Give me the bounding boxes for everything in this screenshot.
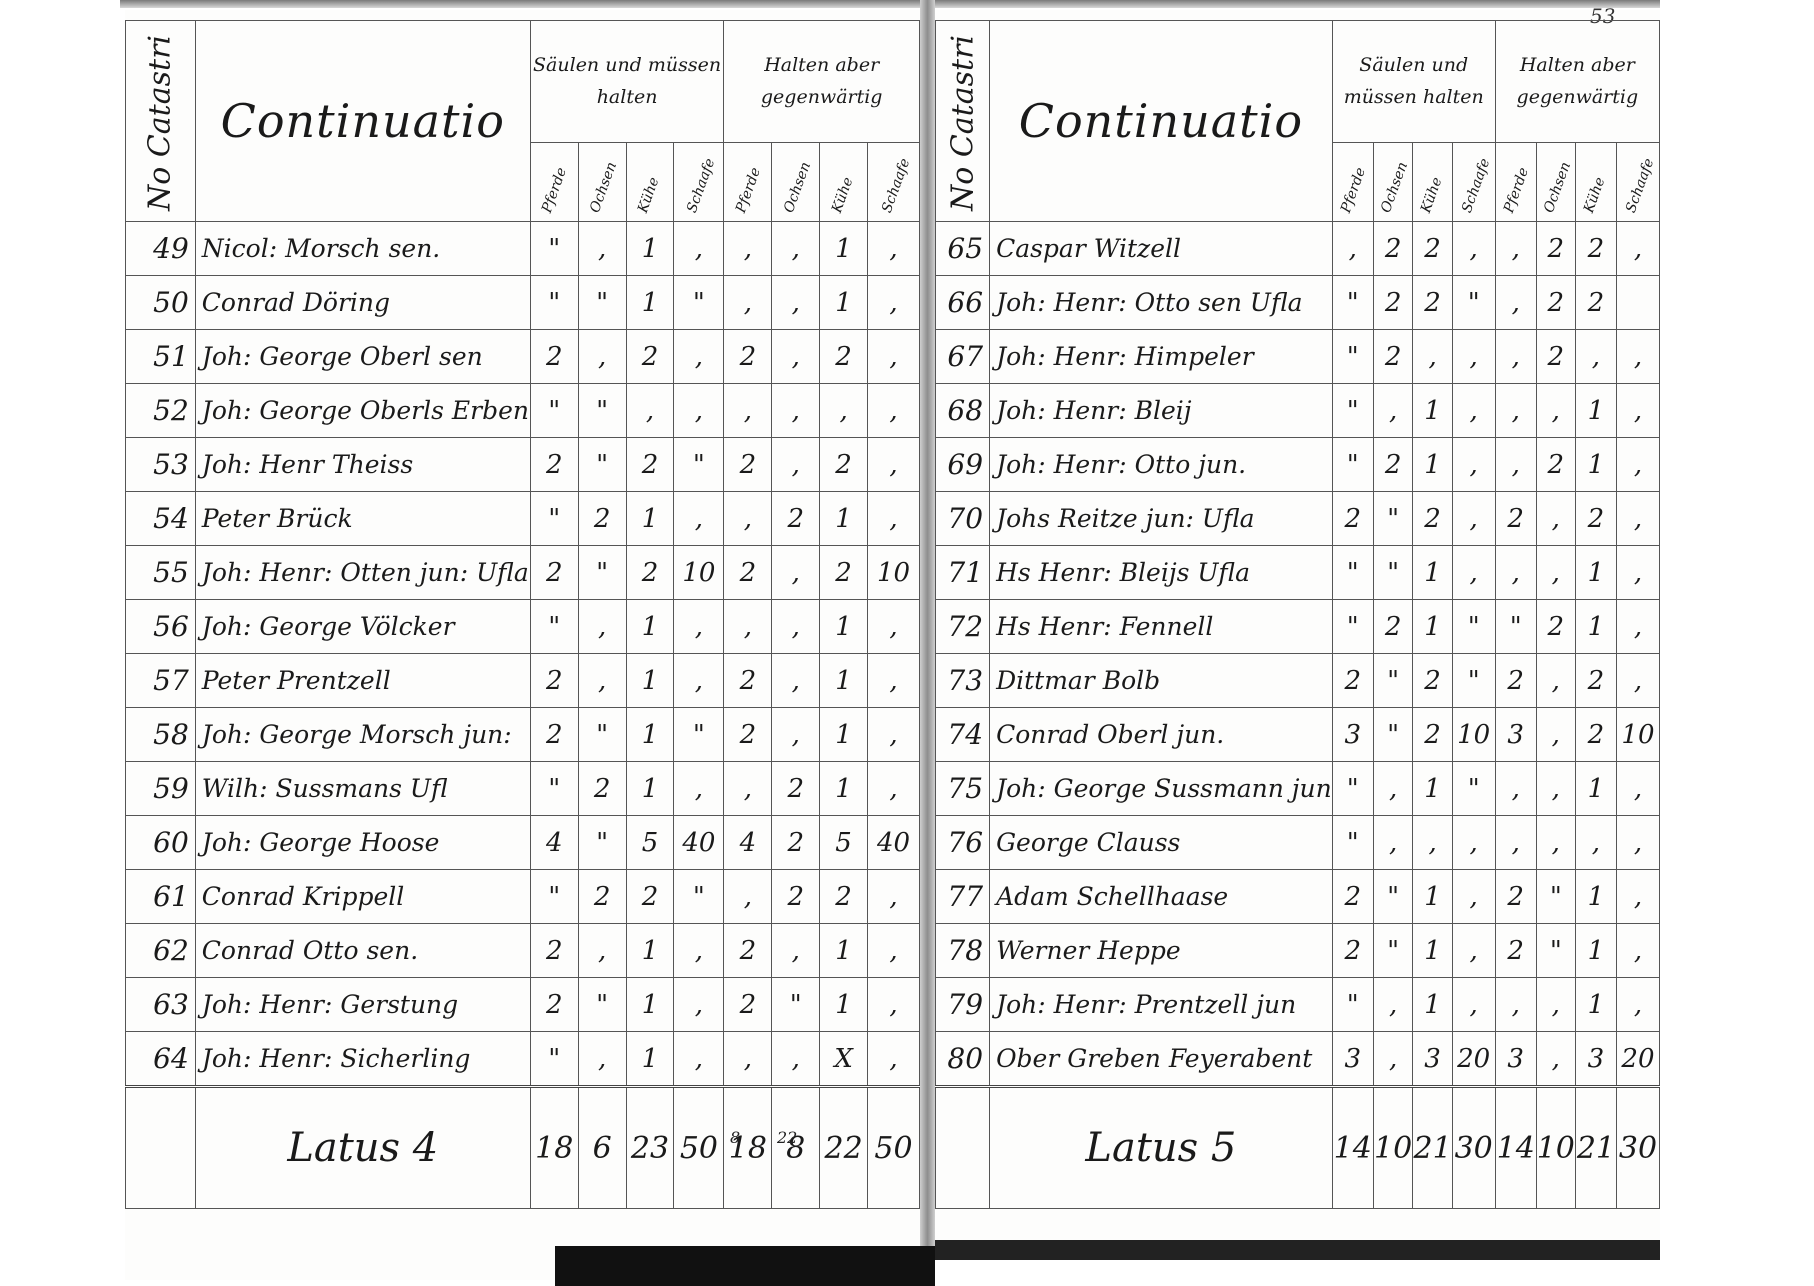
- page-shadow: [555, 1246, 935, 1286]
- livestock-count: ,: [1616, 222, 1659, 276]
- livestock-count: ": [1452, 762, 1495, 816]
- owner-name: Joh: Henr: Gerstung: [195, 978, 530, 1032]
- livestock-count: ,: [578, 330, 626, 384]
- livestock-count: 2: [626, 870, 674, 924]
- catastri-number: 78: [936, 924, 990, 978]
- livestock-count: ,: [1373, 1032, 1413, 1087]
- livestock-count: ,: [674, 330, 724, 384]
- sub-header-cell: Ochsen: [772, 142, 820, 221]
- livestock-count: 1: [820, 222, 868, 276]
- livestock-count: 2: [1575, 492, 1616, 546]
- ledger-row: 70Johs Reitze jun: Ufla2"2,2,2,: [936, 492, 1660, 546]
- continuatio-title: Continuatio: [195, 21, 530, 222]
- sub-header-label: Pferde: [1501, 166, 1532, 215]
- livestock-count: 1: [820, 276, 868, 330]
- owner-name: Ober Greben Feyerabent: [990, 1032, 1333, 1087]
- livestock-count: ,: [578, 924, 626, 978]
- sub-header-cell: Ochsen: [578, 142, 626, 221]
- livestock-count: 1: [1575, 978, 1616, 1032]
- ledger-row: 69Joh: Henr: Otto jun."21,,21,: [936, 438, 1660, 492]
- ledger-row: 78Werner Heppe2"1,2"1,: [936, 924, 1660, 978]
- catastri-number: 54: [126, 492, 196, 546]
- livestock-count: ,: [1373, 978, 1413, 1032]
- livestock-count: ,: [868, 924, 920, 978]
- livestock-count: 2: [1332, 654, 1373, 708]
- livestock-count: 2: [530, 438, 578, 492]
- livestock-count: ,: [868, 1032, 920, 1087]
- livestock-count: ,: [1616, 924, 1659, 978]
- catastri-number: 65: [936, 222, 990, 276]
- total-correction-8: 8: [730, 1128, 740, 1147]
- livestock-count: ,: [1332, 222, 1373, 276]
- livestock-count: ,: [1413, 330, 1452, 384]
- livestock-count: ": [1332, 762, 1373, 816]
- sub-header-cell: Ochsen: [1536, 142, 1575, 221]
- livestock-count: ,: [868, 978, 920, 1032]
- sub-header-label: Pferde: [733, 166, 764, 215]
- sub-header-label: Pferde: [1338, 166, 1369, 215]
- catastri-number-header: No Catastri: [126, 21, 196, 222]
- livestock-count: ": [1332, 438, 1373, 492]
- left-ledger-table: No Catastri Continuatio Säulen und müsse…: [125, 20, 920, 1209]
- owner-name: Conrad Döring: [195, 276, 530, 330]
- livestock-count: 2: [1332, 870, 1373, 924]
- livestock-count: 2: [1332, 492, 1373, 546]
- livestock-count: ,: [674, 1032, 724, 1087]
- owner-name: Peter Brück: [195, 492, 530, 546]
- livestock-count: 2: [724, 708, 772, 762]
- livestock-count: 2: [820, 870, 868, 924]
- livestock-count: 4: [530, 816, 578, 870]
- livestock-count: ,: [674, 492, 724, 546]
- owner-name: Joh: Henr: Otto sen Ufla: [990, 276, 1333, 330]
- livestock-count: ,: [868, 600, 920, 654]
- catastri-number: 66: [936, 276, 990, 330]
- owner-name: Joh: George Hoose: [195, 816, 530, 870]
- livestock-count: ,: [578, 600, 626, 654]
- livestock-count: 1: [820, 762, 868, 816]
- livestock-count: ": [530, 384, 578, 438]
- catastri-number: 80: [936, 1032, 990, 1087]
- livestock-count: 1: [626, 762, 674, 816]
- livestock-count: ,: [1616, 384, 1659, 438]
- livestock-count: 3: [1495, 708, 1536, 762]
- livestock-count: ,: [772, 708, 820, 762]
- sub-header-cell: Kühe: [1575, 142, 1616, 221]
- livestock-count: ,: [1495, 384, 1536, 438]
- ledger-row: 71Hs Henr: Bleijs Ufla""1,,,1,: [936, 546, 1660, 600]
- sub-header-label: Schaafe: [878, 156, 912, 215]
- latus-total-value: 23: [626, 1087, 674, 1209]
- livestock-count: 1: [820, 978, 868, 1032]
- livestock-count: ,: [868, 762, 920, 816]
- ledger-row: 61Conrad Krippell"22",22,: [126, 870, 920, 924]
- livestock-count: 2: [772, 870, 820, 924]
- livestock-count: 2: [1495, 492, 1536, 546]
- catastri-number: 49: [126, 222, 196, 276]
- owner-name: Dittmar Bolb: [990, 654, 1333, 708]
- livestock-count: ,: [868, 222, 920, 276]
- catastri-number: 52: [126, 384, 196, 438]
- ledger-row: 65Caspar Witzell,22,,22,: [936, 222, 1660, 276]
- livestock-count: ,: [626, 384, 674, 438]
- livestock-count: ,: [868, 708, 920, 762]
- livestock-count: 2: [724, 438, 772, 492]
- livestock-count: 2: [578, 492, 626, 546]
- livestock-count: ,: [772, 384, 820, 438]
- livestock-count: ,: [772, 546, 820, 600]
- livestock-count: ": [1373, 546, 1413, 600]
- livestock-count: ,: [772, 1032, 820, 1087]
- livestock-count: 2: [1536, 222, 1575, 276]
- catastri-number: 56: [126, 600, 196, 654]
- livestock-count: 1: [1413, 546, 1452, 600]
- latus-total-value: 10: [1373, 1087, 1413, 1209]
- livestock-count: ,: [1536, 708, 1575, 762]
- livestock-count: ,: [868, 492, 920, 546]
- sub-header-cell: Pferde: [1495, 142, 1536, 221]
- owner-name: Joh: Henr: Otten jun: Ufla: [195, 546, 530, 600]
- owner-name: George Clauss: [990, 816, 1333, 870]
- livestock-count: [1616, 276, 1659, 330]
- livestock-count: ,: [868, 384, 920, 438]
- livestock-count: 2: [1536, 276, 1575, 330]
- ledger-row: 74Conrad Oberl jun.3"2103,210: [936, 708, 1660, 762]
- livestock-count: ,: [772, 924, 820, 978]
- catastri-number: 62: [126, 924, 196, 978]
- owner-name: Joh: George Oberls Erben: [195, 384, 530, 438]
- livestock-count: 1: [1413, 438, 1452, 492]
- livestock-count: 2: [1495, 654, 1536, 708]
- ledger-row: 55Joh: Henr: Otten jun: Ufla2"2102,210: [126, 546, 920, 600]
- catastri-number: 79: [936, 978, 990, 1032]
- livestock-count: ,: [578, 1032, 626, 1087]
- livestock-count: 10: [674, 546, 724, 600]
- livestock-count: 2: [530, 924, 578, 978]
- livestock-count: ,: [772, 276, 820, 330]
- owner-name: Peter Prentzell: [195, 654, 530, 708]
- livestock-count: 2: [1536, 438, 1575, 492]
- livestock-count: ,: [1452, 978, 1495, 1032]
- ledger-row: 54Peter Brück"21,,21,: [126, 492, 920, 546]
- livestock-count: ,: [1536, 978, 1575, 1032]
- catastri-number: 50: [126, 276, 196, 330]
- livestock-count: ,: [1495, 816, 1536, 870]
- livestock-count: ,: [1452, 330, 1495, 384]
- livestock-count: ,: [1452, 870, 1495, 924]
- catastri-number: 68: [936, 384, 990, 438]
- livestock-count: ,: [1616, 816, 1659, 870]
- ledger-row: 63Joh: Henr: Gerstung2"1,2"1,: [126, 978, 920, 1032]
- catastri-number: 53: [126, 438, 196, 492]
- sub-header-cell: Kühe: [820, 142, 868, 221]
- sub-header-label: Ochsen: [587, 160, 620, 215]
- livestock-count: ,: [578, 654, 626, 708]
- livestock-count: ": [578, 438, 626, 492]
- livestock-count: ": [772, 978, 820, 1032]
- livestock-count: ,: [772, 438, 820, 492]
- sub-header-cell: Pferde: [1332, 142, 1373, 221]
- livestock-count: ,: [674, 222, 724, 276]
- owner-name: Joh: George Sussmann jun: [990, 762, 1333, 816]
- ledger-row: 50Conrad Döring""1",,1,: [126, 276, 920, 330]
- livestock-count: ": [1452, 654, 1495, 708]
- livestock-count: 2: [1575, 276, 1616, 330]
- latus-total-value: 18: [724, 1087, 772, 1209]
- livestock-count: 1: [626, 708, 674, 762]
- livestock-count: ": [578, 708, 626, 762]
- livestock-count: ": [1536, 870, 1575, 924]
- livestock-count: 5: [820, 816, 868, 870]
- livestock-count: 2: [820, 546, 868, 600]
- livestock-count: 2: [724, 330, 772, 384]
- livestock-count: ,: [1536, 816, 1575, 870]
- livestock-count: ": [1373, 870, 1413, 924]
- livestock-count: ,: [772, 654, 820, 708]
- livestock-count: ,: [772, 222, 820, 276]
- sub-header-label: Schaafe: [1623, 156, 1657, 215]
- livestock-count: ": [1332, 978, 1373, 1032]
- catastri-number: 63: [126, 978, 196, 1032]
- livestock-count: 10: [868, 546, 920, 600]
- ledger-row: 52Joh: George Oberls Erben"",,,,,,: [126, 384, 920, 438]
- livestock-count: 2: [724, 546, 772, 600]
- livestock-count: 1: [1413, 762, 1452, 816]
- latus-total-row: Latus 51410213014102130: [936, 1087, 1660, 1209]
- livestock-count: ,: [724, 762, 772, 816]
- ledger-row: 64Joh: Henr: Sicherling",1,,,X,: [126, 1032, 920, 1087]
- sub-header-label: Schaafe: [1459, 156, 1493, 215]
- livestock-count: ": [578, 816, 626, 870]
- livestock-count: ": [674, 708, 724, 762]
- livestock-count: ,: [578, 222, 626, 276]
- ledger-row: 67Joh: Henr: Himpeler"2,,,2,,: [936, 330, 1660, 384]
- owner-name: Nicol: Morsch sen.: [195, 222, 530, 276]
- livestock-count: ": [1332, 276, 1373, 330]
- ledger-row: 57Peter Prentzell2,1,2,1,: [126, 654, 920, 708]
- livestock-count: ,: [1452, 438, 1495, 492]
- livestock-count: 1: [1575, 438, 1616, 492]
- livestock-count: ,: [724, 222, 772, 276]
- ledger-row: 76George Clauss",,,,,,,: [936, 816, 1660, 870]
- livestock-count: ,: [820, 384, 868, 438]
- livestock-count: 10: [1452, 708, 1495, 762]
- livestock-count: ,: [724, 870, 772, 924]
- livestock-count: ": [1452, 600, 1495, 654]
- livestock-count: 2: [1536, 600, 1575, 654]
- livestock-count: ,: [868, 330, 920, 384]
- livestock-count: 1: [820, 654, 868, 708]
- right-page: 53 No Catastri Continuatio Säulen und mü…: [935, 10, 1660, 1240]
- livestock-count: ,: [1452, 924, 1495, 978]
- livestock-count: ,: [772, 330, 820, 384]
- group-header-currently-kept: Halten aber gegenwärtig: [1495, 21, 1659, 143]
- catastri-number: 60: [126, 816, 196, 870]
- catastri-number: 57: [126, 654, 196, 708]
- livestock-count: ": [1332, 816, 1373, 870]
- livestock-count: ,: [674, 762, 724, 816]
- livestock-count: 2: [626, 330, 674, 384]
- livestock-count: 3: [1332, 1032, 1373, 1087]
- livestock-count: ": [674, 870, 724, 924]
- livestock-count: ,: [674, 978, 724, 1032]
- catastri-number: 51: [126, 330, 196, 384]
- ledger-row: 75Joh: George Sussmann jun",1",,1,: [936, 762, 1660, 816]
- livestock-count: ,: [1616, 870, 1659, 924]
- livestock-count: 1: [626, 600, 674, 654]
- owner-name: Conrad Krippell: [195, 870, 530, 924]
- livestock-count: 1: [1413, 978, 1452, 1032]
- latus-total-value: 22: [820, 1087, 868, 1209]
- livestock-count: ,: [1616, 654, 1659, 708]
- livestock-count: 10: [1616, 708, 1659, 762]
- livestock-count: 4: [724, 816, 772, 870]
- livestock-count: 2: [530, 654, 578, 708]
- ledger-row: 62Conrad Otto sen.2,1,2,1,: [126, 924, 920, 978]
- ledger-row: 73Dittmar Bolb2"2"2,2,: [936, 654, 1660, 708]
- livestock-count: ,: [1616, 762, 1659, 816]
- catastri-number: 77: [936, 870, 990, 924]
- livestock-count: ": [530, 870, 578, 924]
- livestock-count: ,: [674, 654, 724, 708]
- livestock-count: ,: [1495, 330, 1536, 384]
- ledger-row: 59Wilh: Sussmans Ufl"21,,21,: [126, 762, 920, 816]
- livestock-count: 3: [1332, 708, 1373, 762]
- livestock-count: ": [1373, 492, 1413, 546]
- livestock-count: ,: [868, 654, 920, 708]
- ledger-row: 51Joh: George Oberl sen2,2,2,2,: [126, 330, 920, 384]
- livestock-count: 3: [1495, 1032, 1536, 1087]
- livestock-count: 1: [820, 708, 868, 762]
- livestock-count: ,: [1495, 978, 1536, 1032]
- catastri-number: 64: [126, 1032, 196, 1087]
- owner-name: Joh: Henr: Bleij: [990, 384, 1333, 438]
- livestock-count: ,: [724, 492, 772, 546]
- livestock-count: 1: [1575, 870, 1616, 924]
- livestock-count: ": [578, 384, 626, 438]
- right-rows: 65Caspar Witzell,22,,22,66Joh: Henr: Ott…: [936, 222, 1660, 1209]
- sub-header-label: Ochsen: [1378, 160, 1411, 215]
- owner-name: Joh: George Oberl sen: [195, 330, 530, 384]
- livestock-count: 2: [530, 546, 578, 600]
- left-page: No Catastri Continuatio Säulen und müsse…: [125, 10, 920, 1280]
- sub-header-cell: Pferde: [724, 142, 772, 221]
- livestock-count: ": [1536, 924, 1575, 978]
- livestock-count: 5: [626, 816, 674, 870]
- livestock-count: 3: [1575, 1032, 1616, 1087]
- livestock-count: ,: [724, 276, 772, 330]
- ledger-row: 79Joh: Henr: Prentzell jun",1,,,1,: [936, 978, 1660, 1032]
- livestock-count: 2: [1373, 330, 1413, 384]
- livestock-count: ,: [1616, 600, 1659, 654]
- latus-total-value: 50: [868, 1087, 920, 1209]
- owner-name: Joh: Henr: Otto jun.: [990, 438, 1333, 492]
- catastri-number: 61: [126, 870, 196, 924]
- ledger-row: 80Ober Greben Feyerabent3,3203,320: [936, 1032, 1660, 1087]
- livestock-count: ,: [1452, 546, 1495, 600]
- livestock-count: 1: [626, 924, 674, 978]
- livestock-count: ,: [1536, 1032, 1575, 1087]
- livestock-count: ": [1332, 330, 1373, 384]
- sub-header-label: Pferde: [539, 166, 570, 215]
- catastri-number: 74: [936, 708, 990, 762]
- sub-header-label: Schaafe: [684, 156, 718, 215]
- livestock-count: 2: [1536, 330, 1575, 384]
- sub-header-label: Kühe: [829, 175, 857, 215]
- livestock-count: 1: [626, 276, 674, 330]
- sub-header-cell: Schaafe: [868, 142, 920, 221]
- livestock-count: ,: [1575, 330, 1616, 384]
- catastri-number: 76: [936, 816, 990, 870]
- ledger-row: 66Joh: Henr: Otto sen Ufla"22",22: [936, 276, 1660, 330]
- empty-cell: [126, 1087, 196, 1209]
- livestock-count: ,: [1452, 492, 1495, 546]
- latus-label: Latus 5: [990, 1087, 1333, 1209]
- owner-name: Adam Schellhaase: [990, 870, 1333, 924]
- livestock-count: ": [578, 546, 626, 600]
- livestock-count: ,: [724, 600, 772, 654]
- livestock-count: 2: [1373, 276, 1413, 330]
- ledger-row: 49Nicol: Morsch sen.",1,,,1,: [126, 222, 920, 276]
- livestock-count: X: [820, 1032, 868, 1087]
- livestock-count: ,: [674, 600, 724, 654]
- livestock-count: ": [1373, 924, 1413, 978]
- livestock-count: 2: [626, 438, 674, 492]
- livestock-count: ": [1332, 600, 1373, 654]
- sub-header-label: Kühe: [635, 175, 663, 215]
- owner-name: Caspar Witzell: [990, 222, 1333, 276]
- livestock-count: ,: [868, 276, 920, 330]
- livestock-count: ,: [1536, 546, 1575, 600]
- livestock-count: ,: [1536, 762, 1575, 816]
- livestock-count: ,: [1495, 438, 1536, 492]
- livestock-count: 1: [626, 222, 674, 276]
- livestock-count: ": [1495, 600, 1536, 654]
- livestock-count: ,: [1495, 762, 1536, 816]
- catastri-number: 58: [126, 708, 196, 762]
- owner-name: Joh: Henr: Prentzell jun: [990, 978, 1333, 1032]
- livestock-count: 2: [724, 978, 772, 1032]
- livestock-count: ,: [1616, 546, 1659, 600]
- group-header-must-keep: Säulen und müssen halten: [1332, 21, 1495, 143]
- livestock-count: 2: [772, 762, 820, 816]
- owner-name: Werner Heppe: [990, 924, 1333, 978]
- livestock-count: ,: [724, 1032, 772, 1087]
- total-correction-22: 22: [777, 1128, 797, 1147]
- livestock-count: ,: [1536, 654, 1575, 708]
- right-ledger-table: No Catastri Continuatio Säulen und müsse…: [935, 20, 1660, 1209]
- livestock-count: 2: [1413, 222, 1452, 276]
- livestock-count: 2: [1413, 276, 1452, 330]
- ledger-row: 58Joh: George Morsch jun:2"1"2,1,: [126, 708, 920, 762]
- livestock-count: 2: [820, 438, 868, 492]
- owner-name: Conrad Oberl jun.: [990, 708, 1333, 762]
- catastri-number: 67: [936, 330, 990, 384]
- livestock-count: 2: [1373, 600, 1413, 654]
- livestock-count: ,: [1452, 384, 1495, 438]
- latus-total-value: 6: [578, 1087, 626, 1209]
- group-header-must-keep: Säulen und müssen halten: [530, 21, 724, 143]
- livestock-count: 2: [530, 978, 578, 1032]
- livestock-count: 1: [1413, 924, 1452, 978]
- livestock-count: ,: [1495, 222, 1536, 276]
- livestock-count: ": [1373, 708, 1413, 762]
- catastri-number: 55: [126, 546, 196, 600]
- livestock-count: ,: [1616, 438, 1659, 492]
- ledger-row: 72Hs Henr: Fennell"21""21,: [936, 600, 1660, 654]
- livestock-count: 2: [820, 330, 868, 384]
- livestock-count: 1: [1575, 924, 1616, 978]
